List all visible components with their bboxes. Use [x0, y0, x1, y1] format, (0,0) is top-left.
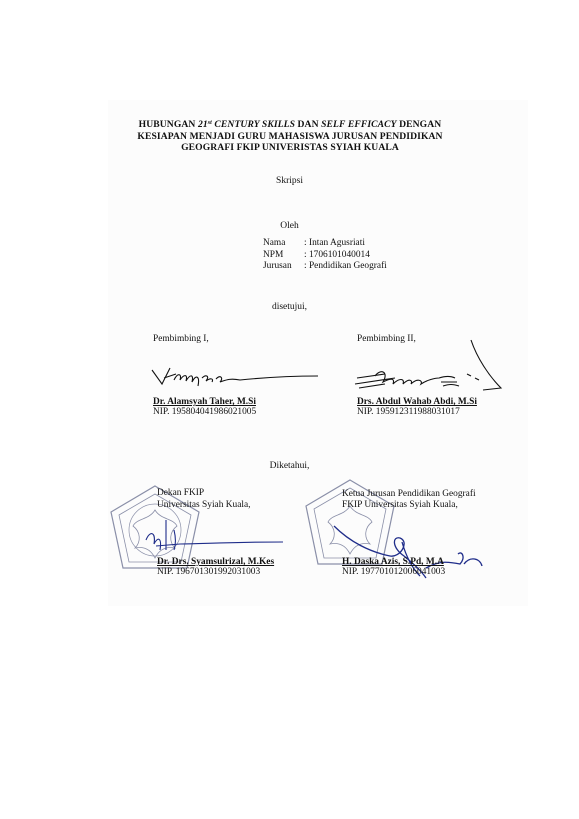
by-label: Oleh — [0, 221, 579, 231]
document-type: Skripsi — [0, 176, 579, 186]
approved-label: disetujui, — [0, 302, 579, 312]
name-value: : Intan Agusriati — [304, 238, 365, 250]
title-line-1: HUBUNGAN 21st CENTURY SKILLS DAN SELF EF… — [100, 118, 480, 131]
department-head-nip: NIP. 197701012006041003 — [342, 567, 445, 578]
department-value: : Pendidikan Geografi — [304, 261, 387, 273]
supervisor1-signature — [150, 360, 320, 395]
thesis-title: HUBUNGAN 21st CENTURY SKILLS DAN SELF EF… — [100, 118, 480, 154]
npm-value: : 1706101040014 — [304, 250, 370, 262]
title-line-2: KESIAPAN MENJADI GURU MAHASISWA JURUSAN … — [100, 131, 480, 143]
dean-role-line2: Universitas Syiah Kuala, — [157, 500, 250, 511]
department-label: Jurusan — [263, 261, 304, 273]
department-head-role-line1: Ketua Jurusan Pendidikan Geografi — [342, 489, 476, 500]
supervisor1-role: Pembimbing I, — [153, 334, 209, 345]
acknowledged-label: Diketahui, — [0, 461, 579, 471]
dean-signature — [140, 510, 285, 560]
author-info: Nama: Intan Agusriati NPM: 1706101040014… — [263, 238, 387, 273]
name-label: Nama — [263, 238, 304, 250]
title-line-3: GEOGRAFI FKIP UNIVERISTAS SYIAH KUALA — [100, 142, 480, 154]
supervisor1-nip: NIP. 195804041986021005 — [153, 407, 256, 418]
department-head-role-line2: FKIP Universitas Syiah Kuala, — [342, 500, 458, 511]
npm-label: NPM — [263, 250, 304, 262]
supervisor2-nip: NIP. 195912311988031017 — [357, 407, 460, 418]
dean-nip: NIP. 196701301992031003 — [157, 567, 260, 578]
supervisor2-signature — [355, 338, 525, 398]
dean-role-line1: Dekan FKIP — [157, 488, 204, 499]
